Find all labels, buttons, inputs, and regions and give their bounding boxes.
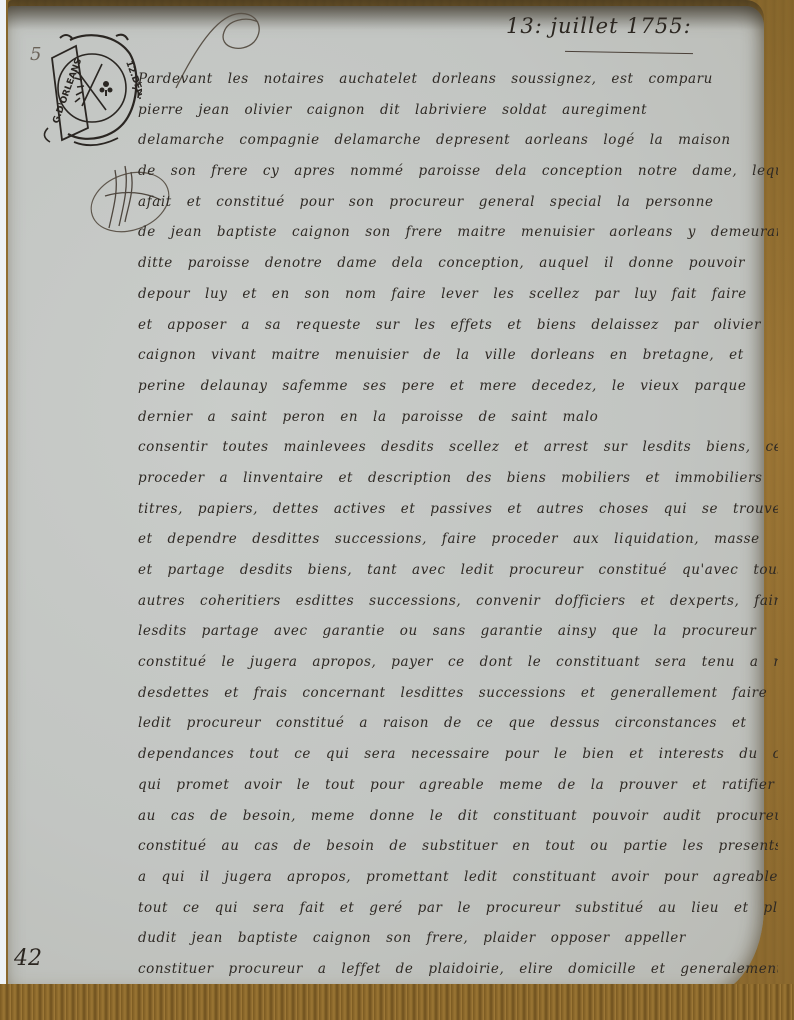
text-line: dependances tout ce qui sera necessaire … — [138, 739, 778, 770]
text-line: pierre jean olivier caignon dit labrivie… — [138, 95, 778, 126]
wooden-table-edge — [0, 984, 794, 1020]
text-line: qui promet avoir le tout pour agreable m… — [138, 770, 778, 801]
folio-number: 42 — [14, 946, 42, 971]
orleans-tax-stamp-seal-icon: G.D'ORLEANS 12.DEN. — [30, 28, 142, 150]
text-line: au cas de besoin, meme donne le dit cons… — [138, 801, 778, 832]
text-line: afait et constitué pour son procureur ge… — [138, 187, 778, 218]
text-line: depour luy et en son nom faire lever les… — [138, 279, 778, 310]
text-line: constituer procureur a leffet de plaidoi… — [138, 954, 778, 985]
text-line: dudit jean baptiste caignon son frere, p… — [138, 923, 778, 954]
text-line: proceder a linventaire et description de… — [138, 463, 778, 494]
text-line: consentir toutes mainlevees desdits scel… — [138, 432, 778, 463]
text-line: constitué au cas de besoin de substituer… — [138, 831, 778, 862]
text-line: Pardevant les notaires auchatelet dorlea… — [138, 64, 778, 95]
text-line: et partage desdits biens, tant avec ledi… — [138, 555, 778, 586]
text-line: ditte paroisse denotre dame dela concept… — [138, 248, 778, 279]
text-line: lesdits partage avec garantie ou sans ga… — [138, 616, 778, 647]
document-date: 13: juillet 1755: — [506, 14, 692, 38]
text-line: et apposer a sa requeste sur les effets … — [138, 310, 778, 341]
text-line: dernier a saint peron en la paroisse de … — [138, 402, 778, 433]
text-line: de son frere cy apres nommé paroisse del… — [138, 156, 778, 187]
text-line: tout ce qui sera fait et geré par le pro… — [138, 893, 778, 924]
text-line: titres, papiers, dettes actives et passi… — [138, 494, 778, 525]
text-line: ledit procureur constitué a raison de ce… — [138, 708, 778, 739]
text-line: de jean baptiste caignon son frere maitr… — [138, 217, 778, 248]
text-line: caignon vivant maitre menuisier de la vi… — [138, 340, 778, 371]
text-line: desdettes et frais concernant lesdittes … — [138, 678, 778, 709]
text-line: autres coheritiers esdittes successions,… — [138, 586, 778, 617]
text-line: et dependre desdittes successions, faire… — [138, 524, 778, 555]
text-line: constitué le jugera apropos, payer ce do… — [138, 647, 778, 678]
text-line: perine delaunay safemme ses pere et mere… — [138, 371, 778, 402]
manuscript-text-body: Pardevant les notaires auchatelet dorlea… — [138, 64, 778, 985]
page-margin-strip — [0, 0, 6, 1020]
text-line: a qui il jugera apropos, promettant ledi… — [138, 862, 778, 893]
text-line: delamarche compagnie delamarche depresen… — [138, 125, 778, 156]
